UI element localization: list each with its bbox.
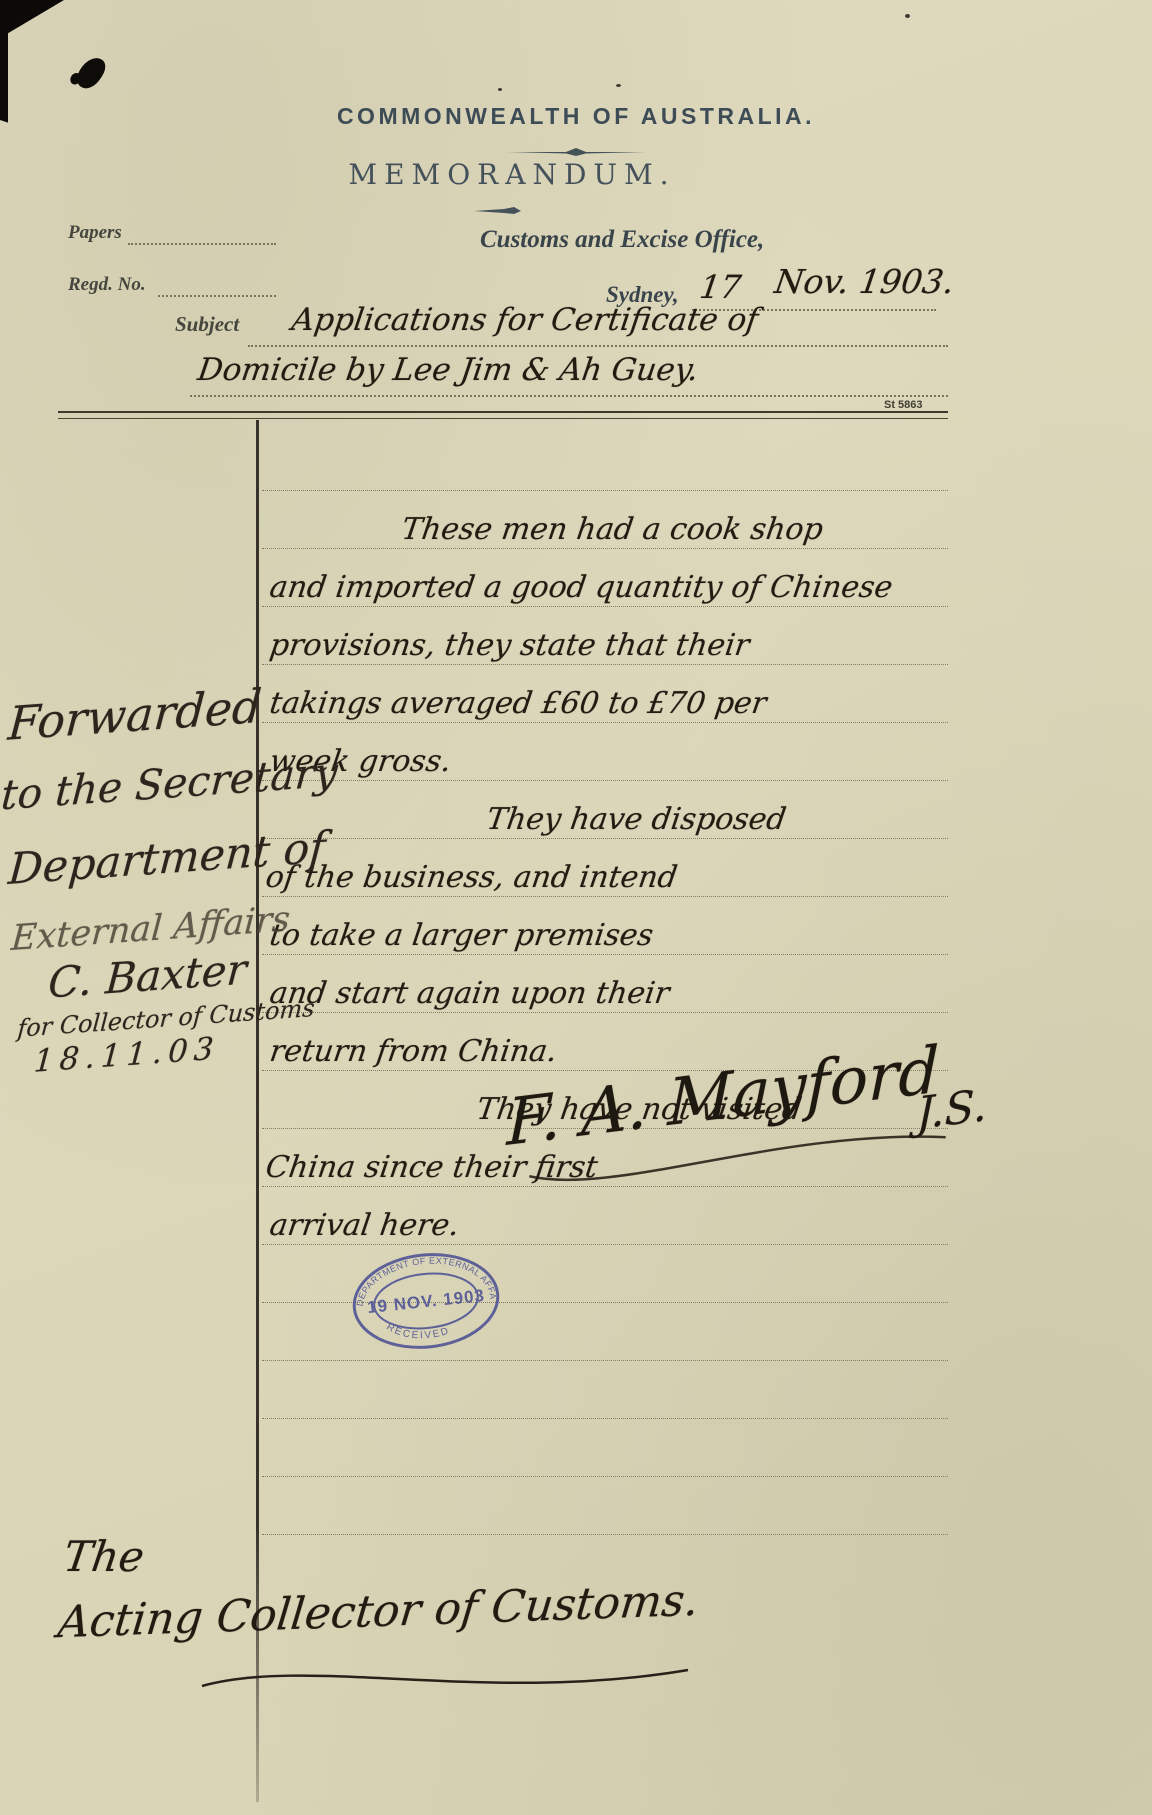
- header-divider-ornament: [501, 146, 651, 158]
- body-text: takings averaged £60 to £70 per: [268, 686, 769, 721]
- body-text-line: These men had a cook shop: [262, 491, 948, 549]
- addressee-flourish: [188, 1642, 708, 1712]
- body-text-line: takings averaged £60 to £70 per: [262, 665, 948, 723]
- margin-note-line: External Affairs: [10, 899, 291, 959]
- margin-note-line: Forwarded: [6, 679, 263, 751]
- scan-corner-mark: [0, 0, 64, 38]
- ruled-line: [262, 1419, 948, 1477]
- addressee-the: The: [61, 1532, 148, 1581]
- office-line: Customs and Excise Office,: [480, 226, 764, 254]
- ruled-line: [262, 1361, 948, 1419]
- ruled-body: These men had a cook shop and imported a…: [262, 433, 948, 1535]
- subject-label: Subject: [175, 312, 239, 337]
- subject-blank-line-1: [248, 345, 948, 347]
- memo-divider-ornament: [471, 206, 551, 216]
- papers-blank-line: [128, 243, 276, 245]
- paper-speck: [616, 84, 621, 87]
- body-text-line: provisions, they state that their: [262, 607, 948, 665]
- body-text-line: They have disposed: [262, 781, 948, 839]
- body-text: return from China.: [268, 1034, 560, 1069]
- subject-blank-line-2: [190, 395, 948, 397]
- body-text-line: and start again upon their: [262, 955, 948, 1013]
- body-text-line: of the business, and intend: [262, 839, 948, 897]
- body-text-line: week gross.: [262, 723, 948, 781]
- svg-text:RECEIVED: RECEIVED: [383, 1315, 451, 1345]
- body-text: and start again upon their: [268, 976, 672, 1011]
- ruled-line: [262, 433, 948, 491]
- addressee-line: Acting Collector of Customs.: [56, 1575, 702, 1649]
- received-stamp: DEPARTMENT OF EXTERNAL AFFAIRS 19 NOV. 1…: [341, 1238, 512, 1364]
- paper-speck: [905, 14, 910, 18]
- form-code: St 5863: [884, 399, 923, 411]
- body-text: They have disposed: [485, 802, 789, 837]
- handwritten-date-rest: Nov. 1903.: [772, 262, 956, 301]
- double-rule: [58, 411, 948, 419]
- body-text-line: and imported a good quantity of Chinese: [262, 549, 948, 607]
- papers-label: Papers: [68, 222, 122, 244]
- ink-blot: [73, 53, 110, 93]
- paper-speck: [498, 88, 502, 91]
- body-text: of the business, and intend: [264, 860, 680, 895]
- commonwealth-heading: COMMONWEALTH OF AUSTRALIA.: [0, 103, 1152, 130]
- regd-no-label: Regd. No.: [68, 274, 146, 296]
- ruled-line: [262, 1477, 948, 1535]
- stamp-date: 19 NOV. 1903: [366, 1286, 486, 1317]
- subject-handwritten-2: Domicile by Lee Jim & Ah Guey.: [195, 352, 700, 388]
- body-text: to take a larger premises: [268, 918, 656, 953]
- body-text: arrival here.: [268, 1208, 462, 1243]
- memorandum-heading: MEMORANDUM.: [0, 158, 1024, 191]
- memorandum-page: COMMONWEALTH OF AUSTRALIA. MEMORANDUM. P…: [0, 0, 1152, 1815]
- body-text: provisions, they state that their: [268, 628, 752, 663]
- body-text: and imported a good quantity of Chinese: [268, 570, 895, 605]
- regd-no-blank-line: [158, 295, 276, 297]
- subject-handwritten-1: Applications for Certificate of: [289, 302, 760, 338]
- body-text-line: to take a larger premises: [262, 897, 948, 955]
- handwritten-date-day: 17: [697, 268, 743, 306]
- body-text: These men had a cook shop: [400, 512, 826, 547]
- stamp-bottom-text: RECEIVED: [383, 1315, 451, 1345]
